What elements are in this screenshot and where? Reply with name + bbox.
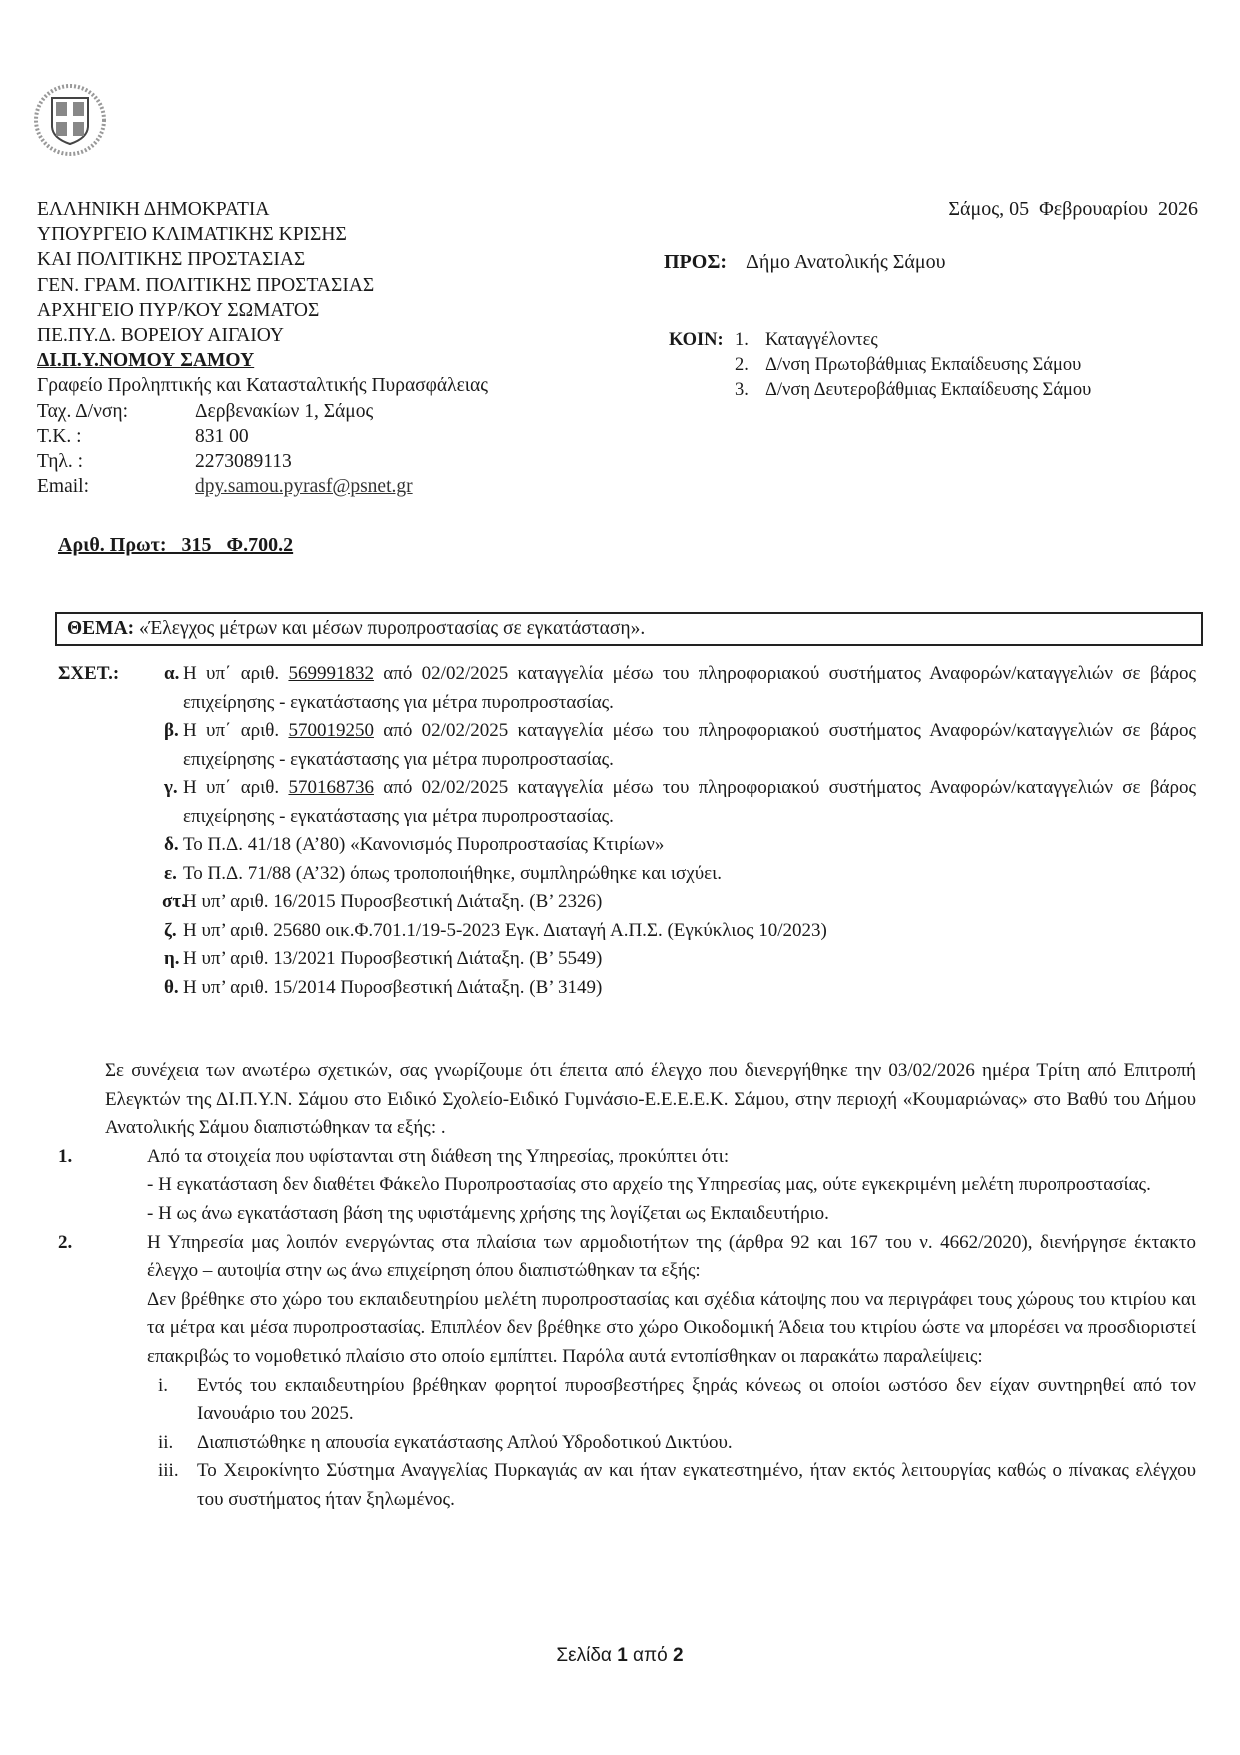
contact-label: Τ.Κ. :: [37, 424, 195, 449]
reference-letter: στ.: [162, 888, 186, 917]
finding-text: Διαπιστώθηκε η απουσία εγκατάστασης Απλο…: [197, 1432, 733, 1453]
reference-text: Η υπ΄ αριθ.: [183, 777, 288, 798]
reference-item: ζ.Η υπ’ αριθ. 25680 οικ.Φ.701.1/19-5-202…: [58, 917, 1196, 946]
contact-phone: Τηλ. :2273089113: [37, 449, 488, 474]
finding-item: iii.Το Χειροκίνητο Σύστημα Αναγγελίας Πυ…: [105, 1457, 1196, 1514]
contact-postcode: Τ.Κ. :831 00: [37, 424, 488, 449]
reference-text: Η υπ’ αριθ. 16/2015 Πυροσβεστική Διάταξη…: [183, 891, 602, 912]
reference-text: Η υπ΄ αριθ.: [183, 720, 288, 741]
subject-text: «Έλεγχος μέτρων και μέσων πυροπροστασίας…: [139, 618, 645, 639]
reference-letter: η.: [164, 945, 180, 974]
reference-item: α.Η υπ΄ αριθ. 569991832 από 02/02/2025 κ…: [58, 660, 1196, 717]
contact-label: Email:: [37, 474, 195, 499]
org-line: ΓΕΝ. ΓΡΑΜ. ΠΟΛΙΤΙΚΗΣ ΠΡΟΣΤΑΣΙΑΣ: [37, 273, 488, 298]
reference-item: δ.Το Π.Δ. 41/18 (Α’80) «Κανονισμός Πυροπ…: [58, 831, 1196, 860]
reference-letter: θ.: [164, 974, 179, 1003]
reference-text: Η υπ΄ αριθ.: [183, 663, 288, 684]
reference-letter: α.: [164, 660, 179, 689]
protocol-number: Αριθ. Πρωτ: 315 Φ.700.2: [58, 534, 293, 557]
reference-number: 570019250: [288, 720, 374, 741]
contact-address: Ταχ. Δ/νση:Δερβενακίων 1, Σάμος: [37, 399, 488, 424]
document-date: Σάμος, 05 Φεβρουαρίου 2026: [948, 198, 1198, 221]
point-number: 1.: [58, 1143, 72, 1172]
finding-number: i.: [158, 1372, 168, 1401]
subject-label: ΘΕΜΑ:: [67, 618, 134, 639]
reference-text: Το Π.Δ. 41/18 (Α’80) «Κανονισμός Πυροπρο…: [183, 834, 664, 855]
reference-text: Το Π.Δ. 71/88 (Α’32) όπως τροποποιήθηκε,…: [183, 863, 722, 884]
org-line: ΥΠΟΥΡΓΕΙΟ ΚΛΙΜΑΤΙΚΗΣ ΚΡΙΣΗΣ: [37, 222, 488, 247]
reference-text: Η υπ’ αριθ. 15/2014 Πυροσβεστική Διάταξη…: [183, 977, 602, 998]
org-line: ΠΕ.ΠΥ.Δ. ΒΟΡΕΙΟΥ ΑΙΓΑΙΟΥ: [37, 323, 488, 348]
point-text: Από τα στοιχεία που υφίστανται στη διάθε…: [105, 1143, 1196, 1172]
reference-item: γ.Η υπ΄ αριθ. 570168736 από 02/02/2025 κ…: [58, 774, 1196, 831]
page-indicator: Σελίδα 1 από 2: [0, 1645, 1240, 1667]
cc-block: ΚΟΙΝ:1.Καταγγέλοντες 2.Δ/νση Πρωτοβάθμια…: [669, 328, 1091, 403]
contact-value: 831 00: [195, 424, 249, 449]
point-text: Η Υπηρεσία μας λοιπόν ενεργώντας στα πλα…: [105, 1229, 1196, 1286]
reference-number: 569991832: [288, 663, 374, 684]
page-number: 1: [617, 1645, 628, 1666]
reference-letter: γ.: [164, 774, 178, 803]
cc-item: Καταγγέλοντες: [765, 328, 878, 353]
email-link[interactable]: dpy.samou.pyrasf@psnet.gr: [195, 474, 413, 499]
coat-of-arms-icon: [30, 80, 110, 160]
finding-text: Το Χειροκίνητο Σύστημα Αναγγελίας Πυρκαγ…: [197, 1460, 1196, 1510]
point-1: 1. Από τα στοιχεία που υφίστανται στη δι…: [105, 1143, 1196, 1229]
cc-label: ΚΟΙΝ:: [669, 328, 735, 353]
cc-item: Δ/νση Πρωτοβάθμιας Εκπαίδευσης Σάμου: [765, 353, 1081, 378]
reference-item: ε.Το Π.Δ. 71/88 (Α’32) όπως τροποποιήθηκ…: [58, 860, 1196, 889]
reference-letter: ζ.: [164, 917, 177, 946]
org-line: ΑΡΧΗΓΕΙΟ ΠΥΡ/ΚΟΥ ΣΩΜΑΤΟΣ: [37, 298, 488, 323]
finding-text: Εντός του εκπαιδευτηρίου βρέθηκαν φορητο…: [197, 1375, 1196, 1425]
reference-number: 570168736: [288, 777, 374, 798]
point-detail: Δεν βρέθηκε στο χώρο του εκπαιδευτηρίου …: [105, 1286, 1196, 1372]
point-bullet: - Η εγκατάσταση δεν διαθέτει Φάκελο Πυρο…: [105, 1171, 1196, 1200]
of-word: από: [633, 1645, 668, 1666]
recipient: ΠΡΟΣ: Δήμο Ανατολικής Σάμου: [664, 251, 946, 274]
reference-letter: ε.: [164, 860, 177, 889]
service-name: ΔΙ.Π.Υ.ΝΟΜΟΥ ΣΑΜΟΥ: [37, 348, 488, 373]
references: ΣΧΕΤ.: α.Η υπ΄ αριθ. 569991832 από 02/02…: [58, 660, 1196, 1002]
point-number: 2.: [58, 1229, 72, 1258]
recipient-value: Δήμο Ανατολικής Σάμου: [746, 251, 946, 274]
subject-box: ΘΕΜΑ: «Έλεγχος μέτρων και μέσων πυροπροσ…: [55, 612, 1203, 646]
finding-item: i.Εντός του εκπαιδευτηρίου βρέθηκαν φορη…: [105, 1372, 1196, 1429]
contact-label: Ταχ. Δ/νση:: [37, 399, 195, 424]
reference-item: β.Η υπ΄ αριθ. 570019250 από 02/02/2025 κ…: [58, 717, 1196, 774]
cc-number: 3.: [735, 378, 765, 403]
finding-item: ii.Διαπιστώθηκε η απουσία εγκατάστασης Α…: [105, 1429, 1196, 1458]
reference-item: θ.Η υπ’ αριθ. 15/2014 Πυροσβεστική Διάτα…: [58, 974, 1196, 1003]
office-name: Γραφείο Προληπτικής και Κατασταλτικής Πυ…: [37, 373, 488, 398]
contact-email: Email:dpy.samou.pyrasf@psnet.gr: [37, 474, 488, 499]
org-line: ΕΛΛΗΝΙΚΗ ΔΗΜΟΚΡΑΤΙΑ: [37, 197, 488, 222]
sender-block: ΕΛΛΗΝΙΚΗ ΔΗΜΟΚΡΑΤΙΑ ΥΠΟΥΡΓΕΙΟ ΚΛΙΜΑΤΙΚΗΣ…: [37, 197, 488, 499]
reference-text: Η υπ’ αριθ. 13/2021 Πυροσβεστική Διάταξη…: [183, 948, 602, 969]
cc-number: 1.: [735, 328, 765, 353]
contact-label: Τηλ. :: [37, 449, 195, 474]
reference-text: Η υπ’ αριθ. 25680 οικ.Φ.701.1/19-5-2023 …: [183, 920, 827, 941]
reference-item: η.Η υπ’ αριθ. 13/2021 Πυροσβεστική Διάτα…: [58, 945, 1196, 974]
finding-number: ii.: [158, 1429, 173, 1458]
page-total: 2: [673, 1645, 684, 1666]
reference-letter: δ.: [164, 831, 179, 860]
reference-item: στ.Η υπ’ αριθ. 16/2015 Πυροσβεστική Διάτ…: [58, 888, 1196, 917]
intro-paragraph: Σε συνέχεια των ανωτέρω σχετικών, σας γν…: [105, 1057, 1196, 1143]
point-bullet: - Η ως άνω εγκατάσταση βάση της υφιστάμε…: [105, 1200, 1196, 1229]
finding-number: iii.: [158, 1457, 179, 1486]
point-2: 2. Η Υπηρεσία μας λοιπόν ενεργώντας στα …: [105, 1229, 1196, 1515]
letter-body: Σε συνέχεια των ανωτέρω σχετικών, σας γν…: [105, 1057, 1196, 1515]
page-word: Σελίδα: [556, 1645, 612, 1666]
reference-letter: β.: [164, 717, 179, 746]
contact-value: Δερβενακίων 1, Σάμος: [195, 399, 373, 424]
cc-item: Δ/νση Δευτεροβάθμιας Εκπαίδευσης Σάμου: [765, 378, 1091, 403]
contact-value: 2273089113: [195, 449, 292, 474]
recipient-label: ΠΡΟΣ:: [664, 251, 746, 274]
cc-number: 2.: [735, 353, 765, 378]
org-line: ΚΑΙ ΠΟΛΙΤΙΚΗΣ ΠΡΟΣΤΑΣΙΑΣ: [37, 247, 488, 272]
